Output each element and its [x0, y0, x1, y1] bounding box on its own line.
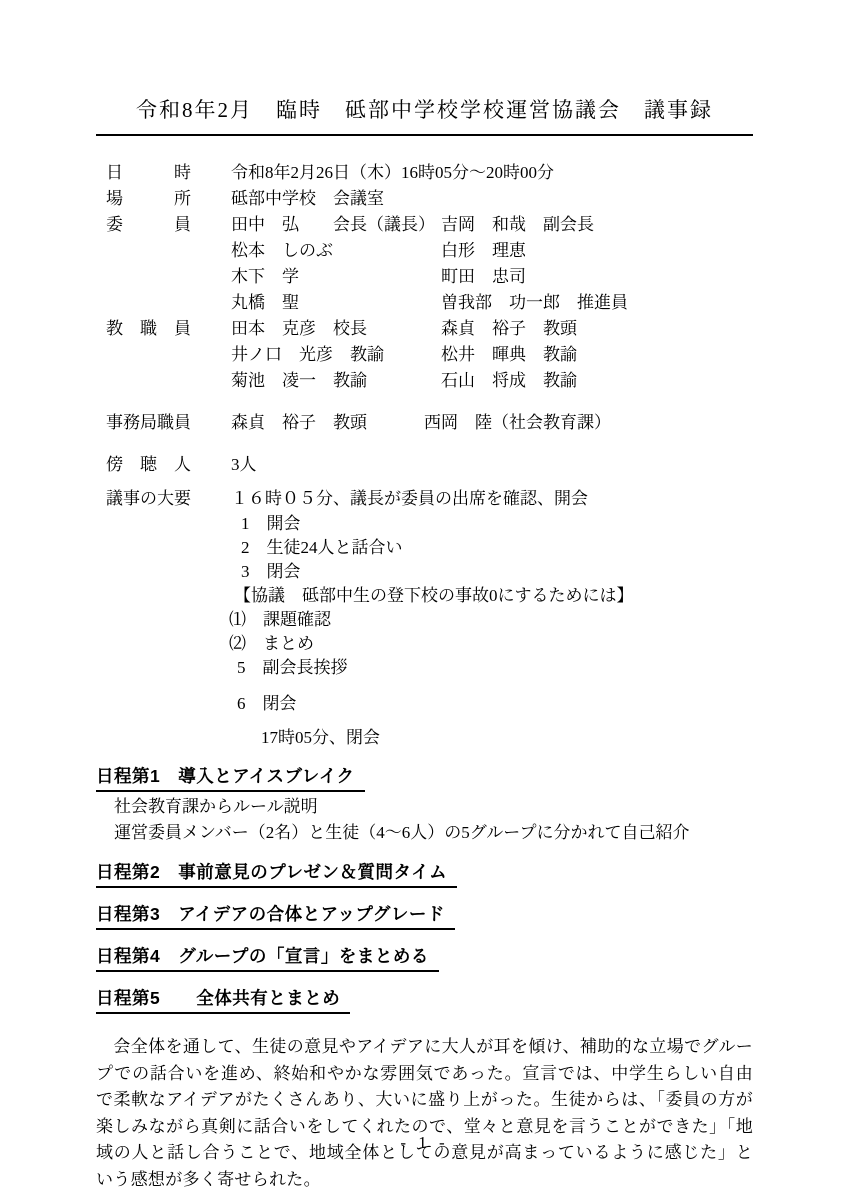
meta-row-secretariat: 事務局職員 森貞 裕子 教頭 西岡 陸（社会教育課） — [96, 410, 753, 436]
secretariat-name: 森貞 裕子 教頭 — [231, 410, 424, 436]
closing-paragraph: 会全体を通して、生徒の意見やアイデアに大人が耳を傾け、補助的な立場でグループでの… — [96, 1034, 753, 1193]
meta-row-committee: 木下 学 町田 忠司 — [96, 264, 753, 290]
schedule-detail-line: 社会教育課からルール説明 — [114, 794, 753, 820]
document-content: 令和8年2月 臨時 砥部中学校学校運営協議会 議事録 日 時 令和8年2月26日… — [96, 97, 753, 1193]
schedule-heading: 日程第4 グループの「宣言」をまとめる — [96, 944, 439, 972]
meta-row-place: 場 所 砥部中学校 会議室 — [96, 186, 753, 212]
schedule-section-2: 日程第2 事前意見のプレゼン＆質問タイム — [96, 860, 753, 888]
meta-value: 令和8年2月26日（木）16時05分～20時00分 — [231, 160, 554, 186]
agenda-item: 1 開会 — [241, 512, 753, 536]
meta-row-datetime: 日 時 令和8年2月26日（木）16時05分～20時00分 — [96, 160, 753, 186]
meta-row-staff: 井ノ口 光彦 教諭 松井 暉典 教諭 — [96, 342, 753, 368]
page-number: - 1 - — [0, 1133, 849, 1153]
meta-section: 日 時 令和8年2月26日（木）16時05分～20時00分 場 所 砥部中学校 … — [96, 160, 753, 512]
schedule-section-4: 日程第4 グループの「宣言」をまとめる — [96, 944, 753, 972]
meta-label: 委 員 — [106, 212, 196, 238]
observers-count: 3人 — [231, 452, 257, 478]
staff-name: 田本 克彦 校長 — [231, 316, 441, 342]
summary-opening: １６時０５分、議長が委員の出席を確認、開会 — [231, 486, 588, 512]
meta-label: 議事の大要 — [106, 486, 196, 512]
staff-name: 菊池 凌一 教諭 — [231, 368, 441, 394]
agenda-item: 5 副会長挨拶 — [237, 656, 753, 680]
agenda-item: 6 閉会 — [237, 692, 753, 716]
meta-label — [106, 342, 196, 368]
schedule-heading: 日程第3 アイデアの合体とアップグレード — [96, 902, 455, 930]
schedule-detail-line: 運営委員メンバー（2名）と生徒（4～6人）の5グループに分かれて自己紹介 — [114, 820, 753, 846]
schedule-detail: 社会教育課からルール説明 運営委員メンバー（2名）と生徒（4～6人）の5グループ… — [114, 794, 753, 846]
meta-label: 場 所 — [106, 186, 196, 212]
meta-label: 傍 聴 人 — [106, 452, 196, 478]
meta-row-summary: 議事の大要 １６時０５分、議長が委員の出席を確認、開会 — [96, 486, 753, 512]
schedule-section-5: 日程第5 全体共有とまとめ — [96, 986, 753, 1014]
agenda-item: 3 閉会 — [241, 560, 753, 584]
schedule-heading: 日程第1 導入とアイスブレイク — [96, 764, 365, 792]
meta-label — [106, 290, 196, 316]
meta-value: 砥部中学校 会議室 — [231, 186, 384, 212]
schedule-sections: 日程第1 導入とアイスブレイク 社会教育課からルール説明 運営委員メンバー（2名… — [96, 764, 753, 1014]
staff-name: 森貞 裕子 教頭 — [441, 316, 577, 342]
meta-row-committee: 委 員 田中 弘 会長（議長） 吉岡 和哉 副会長 — [96, 212, 753, 238]
member-name: 町田 忠司 — [441, 264, 526, 290]
secretariat-name: 西岡 陸（社会教育課） — [424, 410, 611, 436]
meta-row-committee: 松本 しのぶ 白形 理恵 — [96, 238, 753, 264]
agenda-list: 1 開会 2 生徒24人と話合い 3 閉会 【協議 砥部中生の登下校の事故0にす… — [231, 512, 753, 750]
staff-name: 石山 将成 教諭 — [441, 368, 577, 394]
meta-label — [106, 238, 196, 264]
agenda-topic: 【協議 砥部中生の登下校の事故0にするためには】 — [234, 584, 753, 608]
document-page: 令和8年2月 臨時 砥部中学校学校運営協議会 議事録 日 時 令和8年2月26日… — [0, 0, 849, 1200]
member-name: 田中 弘 会長（議長） — [231, 212, 441, 238]
meta-label: 事務局職員 — [106, 410, 196, 436]
meta-row-staff: 教 職 員 田本 克彦 校長 森貞 裕子 教頭 — [96, 316, 753, 342]
staff-name: 松井 暉典 教諭 — [441, 342, 577, 368]
meta-label: 教 職 員 — [106, 316, 196, 342]
meta-row-committee: 丸橋 聖 曽我部 功一郎 推進員 — [96, 290, 753, 316]
meta-row-staff: 菊池 凌一 教諭 石山 将成 教諭 — [96, 368, 753, 394]
member-name: 吉岡 和哉 副会長 — [441, 212, 594, 238]
staff-name: 井ノ口 光彦 教諭 — [231, 342, 441, 368]
meta-label — [106, 368, 196, 394]
member-name: 曽我部 功一郎 推進員 — [441, 290, 628, 316]
schedule-section-3: 日程第3 アイデアの合体とアップグレード — [96, 902, 753, 930]
schedule-heading: 日程第5 全体共有とまとめ — [96, 986, 350, 1014]
member-name: 丸橋 聖 — [231, 290, 441, 316]
member-name: 白形 理恵 — [441, 238, 526, 264]
agenda-subitem: ⑴ 課題確認 — [229, 608, 753, 632]
schedule-heading: 日程第2 事前意見のプレゼン＆質問タイム — [96, 860, 457, 888]
title-divider — [96, 134, 753, 136]
meta-label — [106, 264, 196, 290]
meta-row-observers: 傍 聴 人 3人 — [96, 452, 753, 478]
meta-label: 日 時 — [106, 160, 196, 186]
member-name: 松本 しのぶ — [231, 238, 441, 264]
agenda-subitem: ⑵ まとめ — [229, 632, 753, 656]
agenda-item: 2 生徒24人と話合い — [241, 536, 753, 560]
member-name: 木下 学 — [231, 264, 441, 290]
schedule-section-1: 日程第1 導入とアイスブレイク 社会教育課からルール説明 運営委員メンバー（2名… — [96, 764, 753, 846]
document-title: 令和8年2月 臨時 砥部中学校学校運営協議会 議事録 — [96, 97, 753, 123]
agenda-closing-time: 17時05分、閉会 — [261, 726, 753, 750]
